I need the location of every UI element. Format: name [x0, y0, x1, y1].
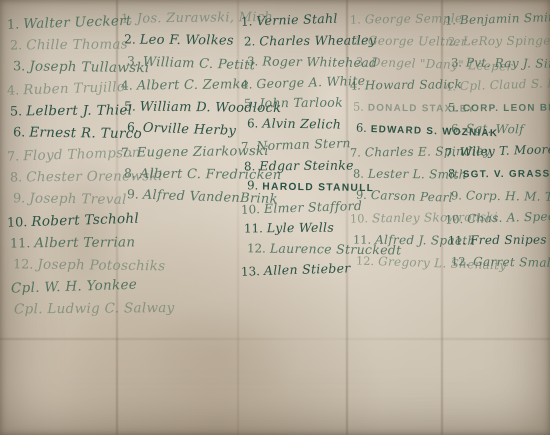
entry-number: 6.: [13, 125, 25, 141]
signature-entry: 12. Gregory L. Shenalty: [356, 253, 446, 271]
entry-name: Cpl. Claud S. Kitten: [460, 75, 550, 94]
entry-name: Corp. Leon Bedwell: [463, 102, 550, 115]
entry-number: 1.: [7, 17, 20, 33]
entry-number: 2.: [353, 34, 364, 48]
signature-entry: 1. Vernie Stahl: [241, 10, 349, 29]
entry-name: Norman Stern: [256, 135, 351, 154]
entry-number: 1.: [121, 12, 133, 28]
signature-entry: 10. Stanley Skowronski: [350, 210, 446, 226]
entry-number: 8.: [124, 166, 136, 182]
signature-entry: 7. Wiley T. Moore: [445, 143, 547, 161]
entry-number: 3.: [127, 54, 139, 70]
entry-number: 8.: [244, 159, 255, 174]
entry-number: 1.: [445, 13, 456, 28]
signature-entry: 6. Edward S. Wozniak: [356, 121, 446, 139]
entry-number: 10.: [350, 211, 368, 225]
signature-entry: 11. Fred Snipes: [448, 232, 547, 248]
entry-name: Garret Smalligan: [473, 254, 550, 271]
entry-number: 7.: [241, 139, 253, 154]
entry-number: 11.: [353, 232, 371, 246]
entry-number: 11.: [10, 237, 31, 253]
entry-number: 9.: [247, 178, 259, 193]
entry-name: Vernie Stahl: [256, 11, 338, 29]
entry-name: Orville Herby: [143, 121, 237, 140]
signature-entry: 3. William C. Petitt: [127, 54, 239, 74]
entry-number: 10.: [7, 215, 28, 232]
entry-number: 10.: [445, 212, 464, 227]
entry-name: John Tarlook: [259, 95, 343, 111]
signature-entry: 2. Leo F. Wolkes: [124, 33, 239, 50]
entry-number: 12.: [13, 258, 34, 274]
signature-entry: 1. Walter Ueckert: [7, 13, 119, 34]
signature-entry: 5. John Tarlook: [244, 95, 349, 112]
signature-entry: 12. Garret Smalligan: [451, 254, 547, 270]
signature-entry: 4. Albert C. Zemke: [121, 77, 239, 95]
entry-name: Leo F. Wolkes: [140, 33, 234, 50]
entry-number: 12.: [451, 254, 469, 269]
entry-number: 2.: [124, 33, 136, 49]
entry-number: 5.: [353, 100, 364, 114]
signature-entry: 10. Robert Tschohl: [7, 212, 119, 233]
signature-entry: 8. Lester L. Smith: [353, 166, 446, 182]
entry-name: Lelbert J. Thiel: [26, 103, 132, 121]
entry-number: 4.: [121, 78, 133, 94]
signature-entry: 2. George Ueltner: [353, 34, 446, 50]
entry-name: Albert C. Zemke: [137, 77, 249, 95]
signature-entry: 9. Carson Pearl: [356, 187, 446, 205]
entry-name: Chas. A. Speck: [467, 209, 550, 227]
entry-name: Walter Ueckert: [23, 13, 132, 33]
entry-number: 5.: [10, 104, 22, 120]
entry-number: 4.: [445, 79, 456, 94]
signature-entry: 4. Ruben Trujillo: [7, 79, 119, 100]
signature-entry: 13. Allen Stieber: [241, 260, 349, 279]
signature-entry: Cpl. Ludwig C. Salway: [10, 301, 119, 319]
entry-number: 3.: [356, 55, 367, 70]
scanned-roster-page: 1. Walter Ueckert 2. Chille Thomas 3. Jo…: [0, 0, 550, 435]
signature-column: 1. Benjamin Smith 2. LeRoy Spingelhoff 3…: [445, 12, 547, 270]
entry-name: Joseph Treval: [29, 191, 127, 209]
entry-number: 4.: [241, 77, 253, 92]
entry-name: Ruben Trujillo: [23, 79, 126, 99]
entry-name: Fred Snipes: [470, 232, 547, 248]
entry-number: 2.: [448, 34, 459, 48]
entry-number: 11.: [244, 222, 263, 237]
entry-name: Elmer Stafford: [264, 197, 363, 216]
entry-number: 8.: [10, 171, 22, 187]
entry-number: 7.: [445, 146, 456, 161]
signature-entry: 4. Howard Sadick: [350, 77, 446, 93]
entry-number: 5.: [124, 99, 136, 115]
signature-column: 1. George Semple 2. George Ueltner 3. De…: [350, 12, 446, 270]
signature-entry: 6. Sgt. Wolf: [451, 122, 547, 138]
entry-number: 6.: [127, 120, 139, 136]
entry-number: 1.: [350, 12, 361, 26]
signature-column: 1. Jos. Zurawski, Mich. 2. Leo F. Wolkes…: [121, 11, 239, 205]
signature-entry: 9. Corp. H. M. Thompson: [451, 188, 547, 204]
signature-entry: 2. Charles Wheatley: [244, 32, 349, 49]
entry-number: 7.: [350, 145, 361, 159]
entry-name: Sgt. Wolf: [466, 122, 524, 138]
signature-entry: 12. Laurence Struckedt: [247, 241, 349, 258]
signature-entry: 4. Cpl. Claud S. Kitten: [445, 76, 547, 94]
signature-entry: 2. Chille Thomas: [10, 37, 119, 55]
entry-number: 9.: [451, 188, 462, 202]
signature-entry: 7. Norman Stern: [241, 135, 349, 154]
entry-number: 2.: [10, 38, 22, 54]
signature-entry: 1. George Semple: [350, 11, 446, 27]
entry-number: 1.: [241, 14, 253, 29]
signature-entry: 11. Albert Terrian: [10, 235, 119, 253]
entry-number: 7.: [121, 145, 133, 161]
entry-name: LeRoy Spingelhoff: [463, 33, 550, 49]
signature-entry: 8. Chester Orenewski: [10, 169, 119, 187]
signature-entry: 9. Joseph Treval: [13, 191, 119, 210]
signature-column: 1. Walter Ueckert 2. Chille Thomas 3. Jo…: [7, 15, 119, 318]
entry-number: 9.: [13, 192, 25, 208]
signature-entry: 6. Orville Herby: [127, 120, 239, 140]
entry-name: Edgar Steinke: [259, 157, 354, 173]
entry-name: Wiley T. Moore: [460, 142, 550, 160]
entry-number: 9.: [127, 187, 139, 203]
entry-number: 5.: [244, 97, 255, 112]
entry-number: 12.: [356, 253, 375, 268]
entry-number: 6.: [451, 122, 462, 136]
signature-entry: 6. Alvin Zelich: [247, 116, 349, 133]
signature-entry: 5. Donald Staxley: [353, 100, 446, 116]
entry-number: 9.: [356, 187, 367, 202]
entry-number: 8.: [448, 167, 459, 181]
entry-number: 12.: [247, 242, 266, 257]
signature-entry: 3. Joseph Tullawski: [13, 58, 119, 77]
signature-entry: 5. William D. Woodlock: [124, 99, 239, 116]
entry-name: Allen Stieber: [264, 260, 351, 278]
entry-number: 11.: [448, 233, 466, 247]
entry-name: Joseph Potoschiks: [37, 257, 165, 276]
signature-entry: 6. Ernest R. Turco: [13, 124, 119, 143]
entry-number: 6.: [247, 117, 259, 132]
entry-number: 7.: [7, 150, 20, 166]
signature-entry: 1. Jos. Zurawski, Mich.: [121, 10, 239, 28]
signature-column: 1. Vernie Stahl 2. Charles Wheatley 3. R…: [241, 12, 349, 278]
signature-entry: 7. Floyd Thompson: [7, 145, 119, 166]
signature-entry: 10. Chas. A. Speck: [445, 209, 547, 227]
entry-name: Albert Terrian: [34, 235, 135, 253]
entry-number: 3.: [247, 54, 259, 69]
entry-number: 10.: [241, 202, 260, 217]
signature-entry: 8. Albert C. Fredricken: [124, 166, 239, 183]
entry-number: 5.: [448, 100, 459, 114]
signature-entry: 9. Harold Stanull: [247, 178, 349, 195]
entry-name: Alvin Zelich: [262, 116, 341, 133]
entry-name: Robert Tschohl: [31, 211, 139, 231]
entry-name: Carson Pearl: [371, 188, 453, 206]
signature-entry: 10. Elmer Stafford: [241, 198, 349, 217]
signature-entry: 11. Lyle Wells: [244, 220, 349, 237]
signature-entry: 9. Alfred VandenBrink: [127, 187, 239, 207]
signature-entry: 8. Edgar Steinke: [244, 157, 349, 174]
entry-number: 8.: [353, 166, 364, 180]
signature-entry: 1. Benjamin Smith: [445, 10, 547, 28]
signature-entry: 5. Corp. Leon Bedwell: [448, 100, 547, 116]
signature-entry: 3. Dengel "Dany" Leeper: [356, 55, 446, 73]
signature-entry: Cpl. W. H. Yonkee: [7, 278, 119, 298]
entry-number: 2.: [244, 34, 255, 49]
signature-entry: 12. Joseph Potoschiks: [13, 257, 119, 276]
signature-entry: 3. Pvt. Ray J. Simon: [451, 55, 547, 71]
entry-number: 4.: [350, 78, 361, 92]
signature-entry: 7. Charles E. Spindley: [350, 144, 446, 160]
signature-entry: 5. Lelbert J. Thiel: [10, 103, 119, 121]
entry-number: 4.: [7, 83, 20, 99]
signature-entry: 3. Roger Whitehead: [247, 53, 349, 70]
paper-crease: [0, 338, 550, 340]
entry-name: Pvt. Ray J. Simon: [466, 56, 550, 73]
entry-name: Cpl. W. H. Yonkee: [11, 277, 138, 298]
signature-entry: 4. George A. White: [241, 73, 349, 92]
signature-entry: 11. Alfred J. Spaeth: [353, 232, 446, 248]
entry-name: Lyle Wells: [267, 220, 334, 236]
entry-name: Cpl. Ludwig C. Salway: [14, 300, 175, 318]
entry-name: Sgt. V. Grassman: [463, 169, 550, 182]
entry-number: 13.: [241, 264, 260, 279]
entry-number: 3.: [13, 59, 25, 75]
entry-name: Corp. H. M. Thompson: [466, 188, 550, 205]
entry-name: Benjamin Smith: [460, 10, 550, 28]
entry-name: Chille Thomas: [26, 36, 128, 54]
signature-entry: 7. Eugene Ziarkowski: [121, 144, 239, 162]
entry-name: William C. Petitt: [143, 54, 256, 74]
signature-entry: 8. Sgt. V. Grassman: [448, 166, 547, 182]
entry-number: 3.: [451, 55, 462, 69]
signature-entry: 2. LeRoy Spingelhoff: [448, 34, 547, 50]
entry-number: 6.: [356, 121, 367, 136]
